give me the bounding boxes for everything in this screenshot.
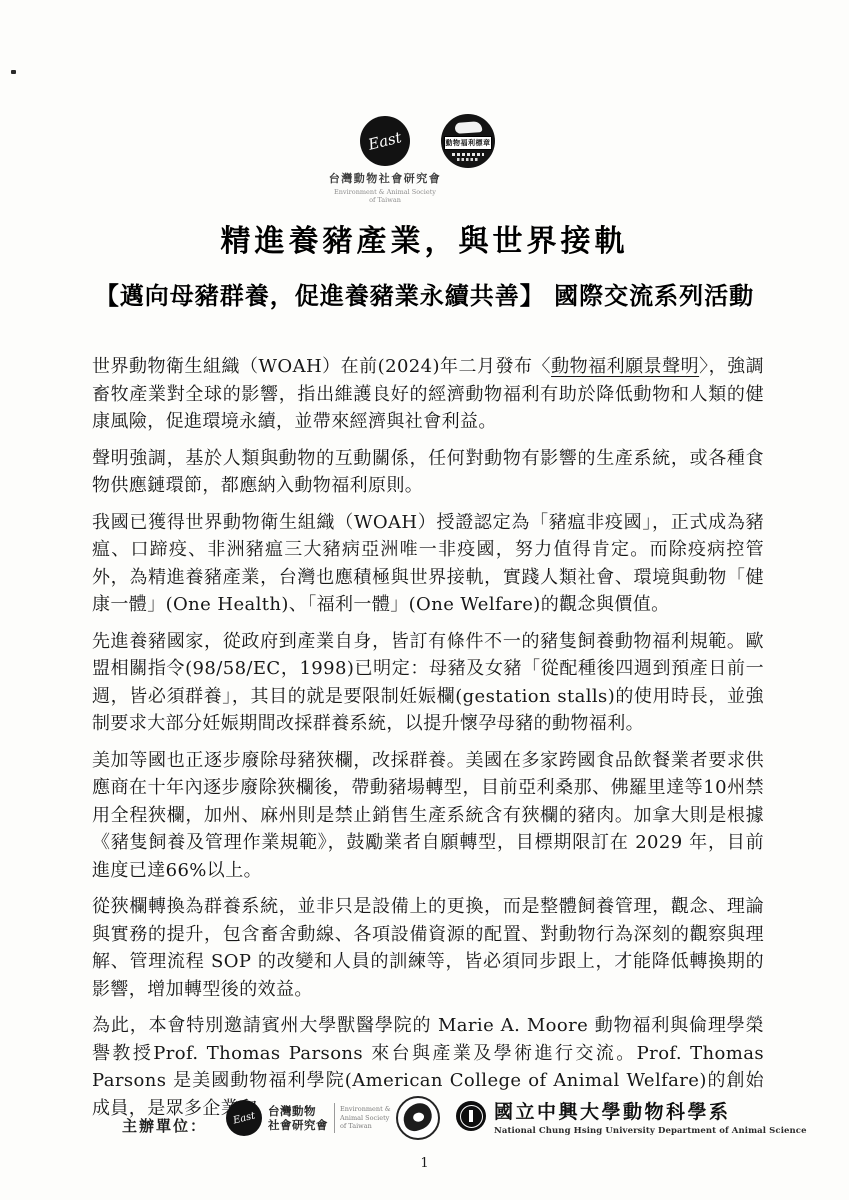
- footer-east-name-zh-line1: 台灣動物: [268, 1104, 328, 1118]
- paragraph-1-pre: 世界動物衛生組織（WOAH）在前(2024)年二月發布〈: [92, 356, 551, 377]
- organizer-label: 主辦單位：: [122, 1115, 207, 1136]
- document-title: 精進養豬產業，與世界接軌: [0, 216, 849, 260]
- east-logo-monogram-small: East: [232, 1110, 256, 1126]
- nchu-emblem-icon: [456, 1101, 486, 1131]
- nchu-name-zh: 國立中興大學動物科學系: [494, 1099, 807, 1125]
- seal-swirl-shape: [400, 1100, 436, 1134]
- paragraph-1-underlined-link-text: 動物福利願景聲明: [551, 356, 699, 377]
- document-body: 世界動物衛生組織（WOAH）在前(2024)年二月發布〈動物福利願景聲明〉，強調…: [92, 353, 764, 1131]
- paragraph-3: 我國已獲得世界動物衛生組織（WOAH）授證認定為「豬瘟非疫國」，正式成為豬瘟、口…: [92, 509, 764, 619]
- footer-east-name-zh: 台灣動物 社會研究會: [268, 1104, 328, 1132]
- east-logo-name-zh: 台灣動物社會研究會: [322, 170, 448, 186]
- paragraph-4: 先進養豬國家，從政府到產業自身，皆訂有條件不一的豬隻飼養動物福利規範。歐盟相關指…: [92, 628, 764, 738]
- document-subtitle: 【邁向母豬群養，促進養豬業永續共善】 國際交流系列活動: [0, 276, 849, 311]
- east-society-logo: East 台灣動物社會研究會 Environment & Animal Soci…: [322, 116, 448, 204]
- footer-east-society-logo: East 台灣動物 社會研究會 Environment & Animal Soc…: [226, 1100, 391, 1136]
- welfare-label-text: 動物福利標章: [444, 136, 492, 150]
- east-logo-icon-small: East: [226, 1100, 262, 1136]
- footer-east-name-en-line3: of Taiwan: [340, 1122, 391, 1131]
- footer-east-name-en-line1: Environment &: [340, 1105, 391, 1114]
- east-logo-icon: East: [360, 116, 410, 166]
- pig-silhouette-icon: [455, 121, 483, 134]
- footer-nchu-logo: 國立中興大學動物科學系 National Chung Hsing Univers…: [456, 1099, 807, 1136]
- welfare-label-subtext-line: [452, 153, 484, 156]
- east-logo-monogram: East: [367, 128, 404, 154]
- footer-logo-divider: [334, 1103, 335, 1133]
- east-logo-name-en-line2: of Taiwan: [322, 196, 448, 204]
- document-page: East 台灣動物社會研究會 Environment & Animal Soci…: [0, 0, 849, 1200]
- paragraph-6: 從狹欄轉換為群養系統，並非只是設備上的更換，而是整體飼養管理，觀念、理論與實務的…: [92, 893, 764, 1003]
- welfare-label-subtext-line2: [457, 158, 479, 161]
- scan-artifact-dot: [11, 70, 16, 74]
- university-seal-icon: [396, 1096, 440, 1140]
- page-number: 1: [0, 1156, 849, 1171]
- animal-welfare-label-logo: 動物福利標章: [441, 114, 495, 168]
- east-logo-name-en-line1: Environment & Animal Society: [322, 188, 448, 196]
- paragraph-5: 美加等國也正逐步廢除母豬狹欄，改採群養。美國在多家跨國食品飲餐業者要求供應商在十…: [92, 747, 764, 885]
- east-logo-name-en: Environment & Animal Society of Taiwan: [322, 188, 448, 204]
- footer-east-name-en: Environment & Animal Society of Taiwan: [340, 1105, 391, 1131]
- nchu-logo-text: 國立中興大學動物科學系 National Chung Hsing Univers…: [494, 1099, 807, 1136]
- paragraph-1: 世界動物衛生組織（WOAH）在前(2024)年二月發布〈動物福利願景聲明〉，強調…: [92, 353, 764, 436]
- footer-east-name-zh-line2: 社會研究會: [268, 1118, 328, 1132]
- footer-east-name-en-line2: Animal Society: [340, 1114, 391, 1123]
- nchu-name-en: National Chung Hsing University Departme…: [494, 1126, 807, 1136]
- paragraph-2: 聲明強調，基於人類與動物的互動關係，任何對動物有影響的生產系統，或各種食物供應鏈…: [92, 445, 764, 500]
